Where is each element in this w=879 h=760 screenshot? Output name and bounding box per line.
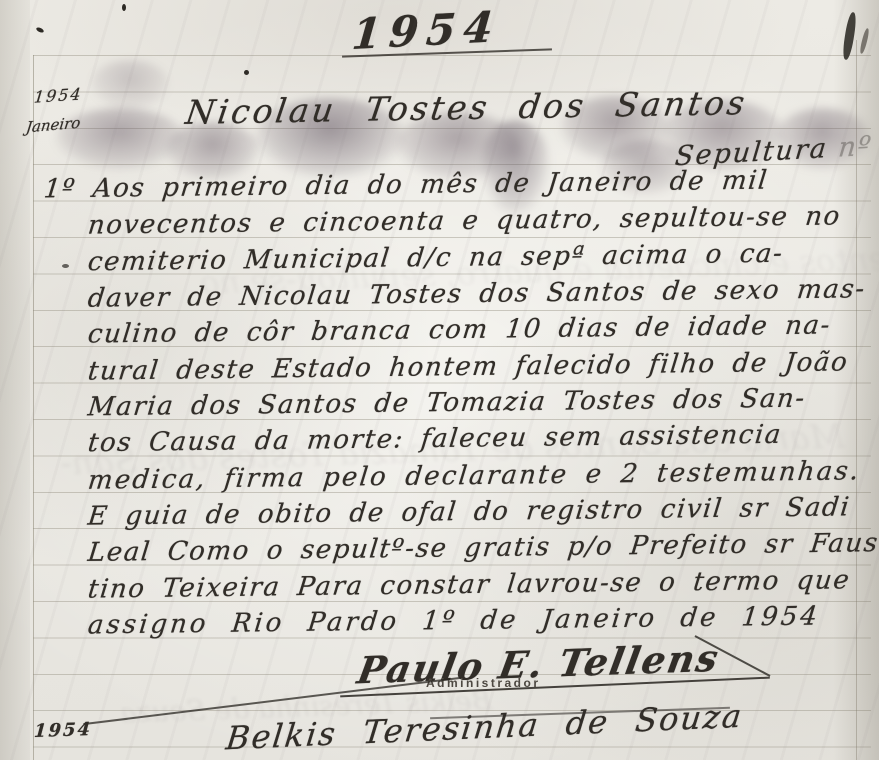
ink-stain <box>90 60 170 110</box>
ink-speck <box>244 70 249 75</box>
register-page-scan: Belkis Teresinha de Souza Maria dos Sant… <box>0 0 879 760</box>
left-margin-rule <box>33 55 34 760</box>
ink-speck <box>62 264 69 268</box>
margin-entry-year: 1954 <box>33 84 84 107</box>
page-left-edge <box>0 0 30 760</box>
burial-label-number: nº <box>837 131 874 164</box>
ink-speck <box>122 4 126 11</box>
next-entry-margin-year: 1954 <box>33 719 93 742</box>
ink-speck <box>36 26 45 33</box>
